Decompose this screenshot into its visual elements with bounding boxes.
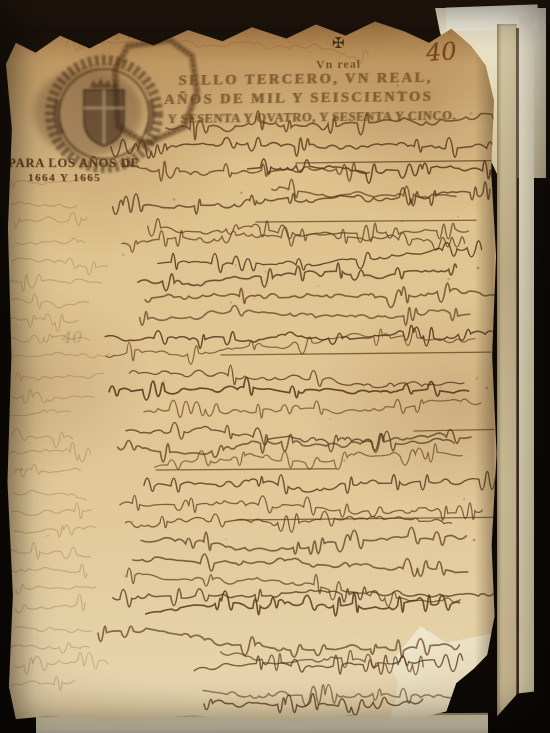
manuscript-photo: ✠ Vn real SELLO TERCERO, VN REAL, AÑOS D… bbox=[0, 0, 550, 733]
handwriting-layer bbox=[6, 16, 498, 722]
manuscript-page: ✠ Vn real SELLO TERCERO, VN REAL, AÑOS D… bbox=[6, 16, 498, 722]
page-stack-edge bbox=[497, 24, 517, 733]
page-stack-edge-outer bbox=[519, 16, 534, 733]
torn-top-edge bbox=[6, 16, 498, 21]
